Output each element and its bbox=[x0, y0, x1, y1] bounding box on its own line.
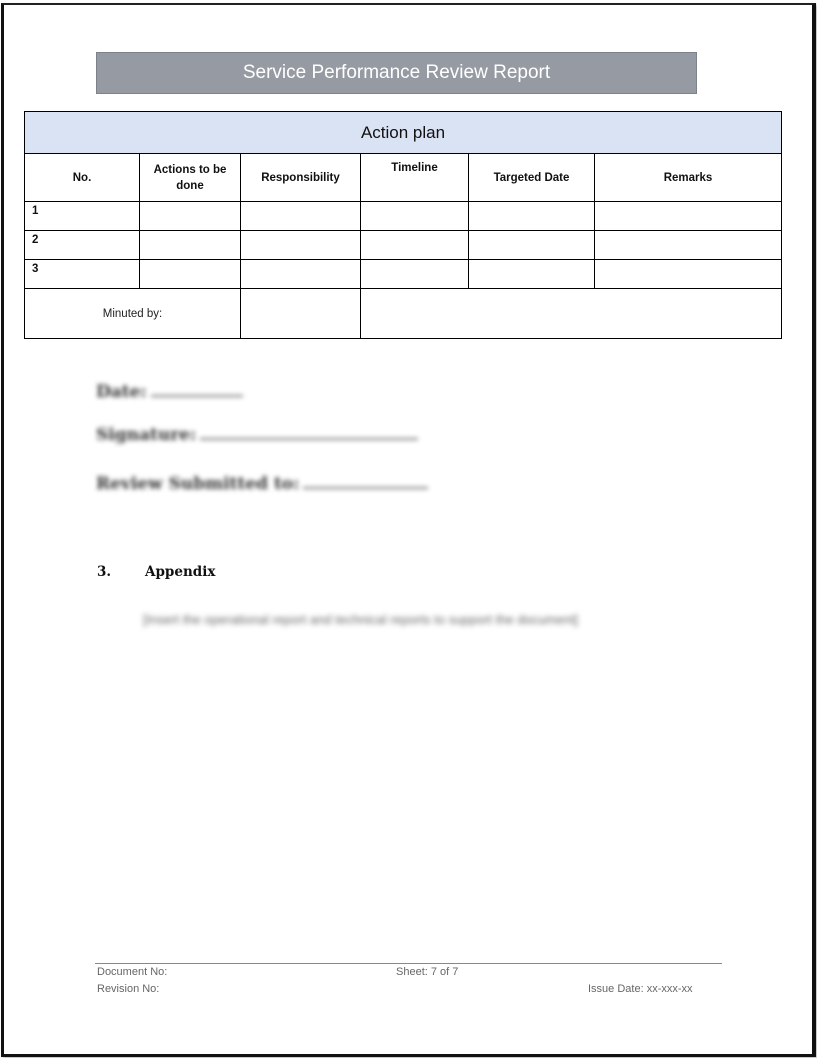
column-header-actions: Actions to be done bbox=[140, 154, 241, 202]
review-submitted-blank-line bbox=[303, 486, 428, 489]
cell-targeted-date[interactable] bbox=[469, 260, 595, 289]
date-blank-line bbox=[151, 394, 243, 397]
review-submitted-label: Review Submitted to: bbox=[96, 474, 299, 494]
footer-divider bbox=[95, 963, 722, 964]
cell-timeline[interactable] bbox=[361, 231, 469, 260]
signature-label: Signature: bbox=[96, 425, 196, 445]
column-header-no: No. bbox=[25, 154, 140, 202]
cell-remarks[interactable] bbox=[595, 231, 782, 260]
appendix-heading: Appendix bbox=[145, 564, 215, 580]
table-row: 2 bbox=[25, 231, 782, 260]
row-number: 1 bbox=[25, 202, 140, 231]
minuted-by-name-cell[interactable] bbox=[241, 289, 361, 339]
cell-targeted-date[interactable] bbox=[469, 202, 595, 231]
column-header-timeline: Timeline bbox=[361, 154, 469, 202]
cell-actions[interactable] bbox=[140, 260, 241, 289]
table-row: 1 bbox=[25, 202, 782, 231]
table-row: 3 bbox=[25, 260, 782, 289]
cell-responsibility[interactable] bbox=[241, 260, 361, 289]
row-number: 2 bbox=[25, 231, 140, 260]
footer-sheet-number: Sheet: 7 of 7 bbox=[396, 966, 458, 978]
footer-document-no: Document No: bbox=[97, 966, 167, 978]
appendix-placeholder-note: [Insert the operational report and techn… bbox=[143, 612, 578, 627]
cell-remarks[interactable] bbox=[595, 260, 782, 289]
footer-revision-no: Revision No: bbox=[97, 983, 159, 995]
column-header-responsibility: Responsibility bbox=[241, 154, 361, 202]
document-title: Service Performance Review Report bbox=[243, 62, 550, 84]
cell-remarks[interactable] bbox=[595, 202, 782, 231]
footer-issue-date: Issue Date: xx-xxx-xx bbox=[588, 983, 693, 995]
minuted-by-signature-cell[interactable] bbox=[361, 289, 782, 339]
appendix-section-number: 3. bbox=[97, 564, 111, 580]
cell-targeted-date[interactable] bbox=[469, 231, 595, 260]
cell-actions[interactable] bbox=[140, 231, 241, 260]
signature-field[interactable]: Signature: bbox=[96, 425, 418, 445]
row-number: 3 bbox=[25, 260, 140, 289]
cell-responsibility[interactable] bbox=[241, 202, 361, 231]
cell-actions[interactable] bbox=[140, 202, 241, 231]
cell-responsibility[interactable] bbox=[241, 231, 361, 260]
signature-blank-line bbox=[200, 437, 418, 440]
action-plan-heading: Action plan bbox=[25, 112, 782, 154]
cell-timeline[interactable] bbox=[361, 202, 469, 231]
action-plan-table: Action plan No. Actions to be done Respo… bbox=[24, 111, 782, 339]
cell-timeline[interactable] bbox=[361, 260, 469, 289]
minuted-by-row: Minuted by: bbox=[25, 289, 782, 339]
date-field[interactable]: Date: bbox=[96, 382, 243, 402]
date-label: Date: bbox=[96, 382, 147, 402]
review-submitted-field[interactable]: Review Submitted to: bbox=[96, 474, 428, 494]
minuted-by-label: Minuted by: bbox=[25, 289, 241, 339]
column-header-targeted-date: Targeted Date bbox=[469, 154, 595, 202]
column-header-remarks: Remarks bbox=[595, 154, 782, 202]
document-title-banner: Service Performance Review Report bbox=[96, 52, 697, 94]
